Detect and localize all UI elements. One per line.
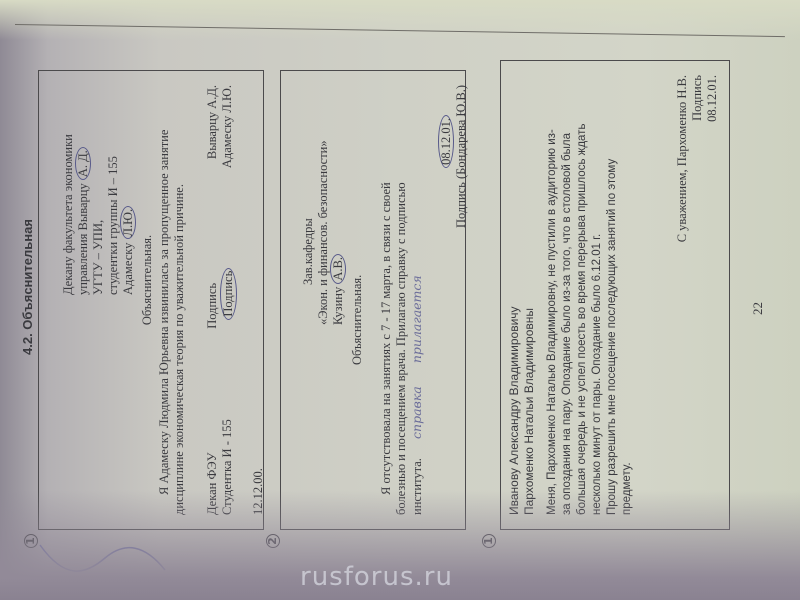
box3-sign: Подпись — [690, 75, 705, 515]
box1-body-line: дисциплине экономическая теория по уважи… — [172, 85, 187, 515]
page-number: 22 — [750, 302, 766, 315]
box1-addressee-line: студентки группы И – 155 — [106, 85, 121, 295]
paper-fold-line — [15, 24, 785, 37]
box1-body-line: Я Адамеску Людмила Юрьевна извинилась за… — [157, 85, 172, 515]
explanatory-note-3: Иванову Александру Владимировичу Пархоме… — [500, 60, 730, 530]
box3-closing: С уважением, Пархоменко Н.В. — [675, 75, 690, 515]
box2-body-line: болезнью и посещением врача. Прилагаю сп… — [394, 85, 409, 515]
explanatory-note-2: Зав.кафедры «Экон. и финансов. безопасно… — [280, 70, 466, 530]
box1-sign-placeholder: Подпись — [205, 283, 220, 329]
box1-sign-role: Декан ФЭУ — [205, 453, 220, 515]
box3-body-line: большая очередь и не успел поесть во вре… — [575, 75, 590, 515]
box3-body-line: Меня, Пархоменко Наталью Владимировну, н… — [545, 75, 560, 515]
box1-addressee-line: Декану факультета экономики — [61, 85, 76, 295]
pen-squiggle-decoration — [35, 540, 185, 580]
handwritten-note: справка — [409, 386, 424, 439]
box1-signature-row: Студентка И - 155 Подпись Адамеску Л.Ю. — [220, 85, 237, 515]
box3-body-line: Прошу разрешить мне посещение последующи… — [605, 75, 620, 515]
box1-signature-row: Декан ФЭУ Подпись Выварцу А.Д. — [205, 85, 220, 515]
rotated-document-page: 4.2. Объяснительная 1 Декану факультета … — [10, 60, 790, 540]
box2-signature: Подпись (Бондарева Ю.В.) — [454, 85, 469, 515]
box1-doc-type: Объяснительная. — [140, 85, 155, 475]
box3-addressee-line: Иванову Александру Владимировичу — [507, 75, 522, 515]
box2-addressee-line: Кузину А.В. — [331, 85, 346, 325]
box1-date: 12.12.00. — [251, 85, 266, 515]
box2-body-line: Я отсутствовала на занятиях с 7 - 17 мар… — [379, 85, 394, 515]
box3-body-line: несколько минут от пары. Опоздание было … — [590, 75, 605, 515]
box3-number-icon: 1 — [482, 534, 496, 548]
box3-body-line: за опоздания на пару. Опоздание было из-… — [560, 75, 575, 515]
box1-sign-placeholder: Подпись — [220, 268, 237, 320]
watermark: rusforus.ru — [300, 562, 453, 592]
box2-doc-type: Объяснительная. — [350, 85, 365, 365]
box1-addressee-line: Адамеску Л.Ю. — [121, 85, 136, 295]
box2-body-line: института. справка прилагается — [409, 85, 425, 515]
box1-sign-role: Студентка И - 155 — [220, 419, 237, 515]
box1-addressee-line: управления Выварцу А. Д. — [76, 85, 91, 295]
box3-date: 08.12.01. — [705, 75, 720, 515]
box2-number-icon: 2 — [266, 534, 280, 548]
box3-addressee-line: Пархоменко Натальи Владимировны — [522, 75, 537, 515]
explanatory-note-1: Декану факультета экономики управления В… — [38, 70, 264, 530]
box2-date: 08.12.01. — [439, 115, 454, 515]
box3-body-line: предмету. — [620, 75, 635, 515]
box1-addressee-line: УГТУ – УПИ, — [91, 85, 106, 295]
box2-addressee-line: Зав.кафедры — [301, 85, 316, 285]
box1-sign-name: Адамеску Л.Ю. — [220, 85, 237, 168]
box2-addressee-line: «Экон. и финансов. безопасности» — [316, 85, 331, 325]
handwritten-note: прилагается — [409, 275, 424, 363]
section-title: 4.2. Объяснительная — [20, 219, 35, 355]
box1-sign-name: Выварцу А.Д. — [205, 85, 220, 159]
